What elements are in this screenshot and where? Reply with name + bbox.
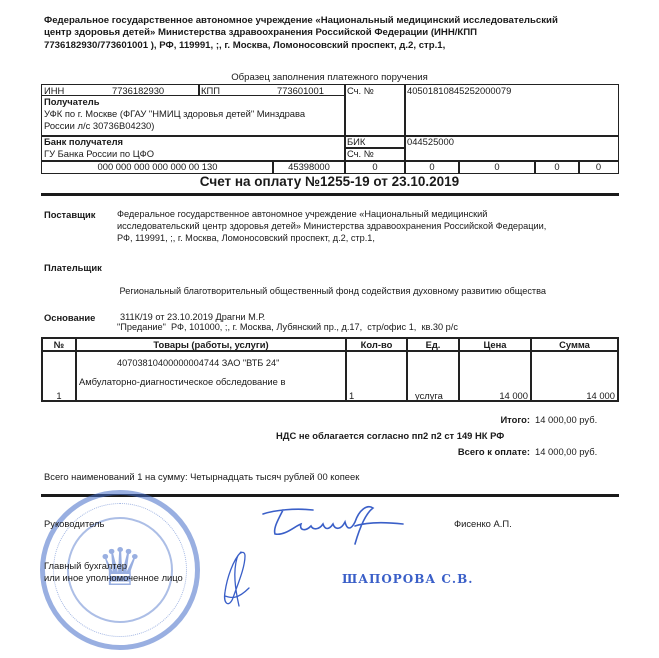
supplier-line-1: Федеральное государственное автономное у… bbox=[117, 208, 546, 220]
grand-total-label: Всего к оплате: bbox=[250, 446, 530, 457]
account-value-cell: 40501810845252000079 bbox=[404, 84, 619, 137]
row-description: Амбулаторно-диагностическое обследование… bbox=[75, 350, 347, 402]
kbk-cell: 000 000 000 000 000 00 130 bbox=[41, 160, 274, 174]
code-cell-3: 0 bbox=[458, 160, 536, 174]
recipient-line-1: УФК по г. Москве (ФГАУ "НМИЦ здоровья де… bbox=[44, 108, 343, 120]
payment-sample-title: Образец заполнения платежного поручения bbox=[0, 72, 659, 83]
supplier-line-3: РФ, 119991, ;, г. Москва, Ломоносовский … bbox=[117, 232, 546, 244]
accountant-name-stamp: ШАПОРОВА С.В. bbox=[342, 572, 473, 586]
bik-value-cell: 044525000 bbox=[404, 135, 619, 162]
row-price: 14 000 bbox=[458, 350, 532, 402]
supplier-header: Федеральное государственное автономное у… bbox=[44, 15, 624, 52]
accountant-label-line-1: Главный бухгалтер bbox=[44, 560, 183, 572]
row-unit: услуга bbox=[406, 350, 460, 402]
director-signature-icon bbox=[255, 500, 415, 550]
code-cell-2: 0 bbox=[404, 160, 460, 174]
payer-line-1: Региональный благотворительный обществен… bbox=[117, 285, 546, 297]
title-divider bbox=[41, 193, 619, 196]
recipient-line-2: России л/с 30736В04230) bbox=[44, 120, 343, 132]
total-value: 14 000,00 руб. bbox=[535, 414, 597, 425]
row-sum: 14 000 bbox=[530, 350, 619, 402]
code-cell-5: 0 bbox=[578, 160, 619, 174]
grand-total-value: 14 000,00 руб. bbox=[535, 446, 597, 457]
basis-value: 311К/19 от 23.10.2019 Драгни М.Р. bbox=[120, 311, 265, 323]
amount-in-words: Всего наименований 1 на сумму: Четырнадц… bbox=[44, 471, 359, 482]
row-qty: 1 bbox=[345, 350, 408, 402]
header-line-2: центр здоровья детей» Министерства здрав… bbox=[44, 27, 624, 39]
accountant-signature-icon bbox=[215, 548, 255, 614]
supplier-details: Федеральное государственное автономное у… bbox=[117, 208, 546, 244]
desc-line-1: Амбулаторно-диагностическое обследование… bbox=[79, 376, 343, 388]
supplier-line-2: исследовательский центр здоровья детей» … bbox=[117, 220, 546, 232]
bank-value: ГУ Банка России по ЦФО bbox=[44, 148, 343, 160]
total-label: Итого: bbox=[250, 414, 530, 425]
recipient-cell: Получатель УФК по г. Москве (ФГАУ "НМИЦ … bbox=[41, 95, 346, 137]
oktmo-cell: 45398000 bbox=[272, 160, 346, 174]
bik-label: БИК bbox=[347, 136, 365, 147]
invoice-title: Счет на оплату №1255-19 от 23.10.2019 bbox=[0, 174, 659, 189]
vat-note: НДС не облагается согласно пп2 п2 ст 149… bbox=[276, 430, 504, 441]
header-line-3: 7736182930/773601001 ), РФ, 119991, ;, г… bbox=[44, 40, 624, 52]
director-label: Руководитель bbox=[44, 518, 104, 529]
director-name: Фисенко А.П. bbox=[454, 518, 512, 529]
account-label-cell: Сч. № bbox=[344, 84, 406, 137]
basis-label: Основание bbox=[44, 312, 95, 323]
bik-value: 044525000 bbox=[407, 136, 454, 147]
corr-account-label: Сч. № bbox=[347, 148, 374, 159]
account-value: 40501810845252000079 bbox=[407, 85, 511, 96]
bank-cell: Банк получателя ГУ Банка России по ЦФО bbox=[41, 135, 346, 162]
header-line-1: Федеральное государственное автономное у… bbox=[44, 15, 624, 27]
bank-label: Банк получателя bbox=[44, 136, 343, 148]
supplier-label: Поставщик bbox=[44, 209, 96, 220]
recipient-label: Получатель bbox=[44, 96, 343, 108]
row-num: 1 bbox=[41, 350, 77, 402]
accountant-label: Главный бухгалтер или иное уполномоченно… bbox=[44, 560, 183, 584]
code-cell-1: 0 bbox=[344, 160, 406, 174]
accountant-label-line-2: или иное уполномоченное лицо bbox=[44, 572, 183, 584]
account-label: Сч. № bbox=[347, 85, 374, 96]
payer-label: Плательщик bbox=[44, 262, 102, 273]
code-cell-4: 0 bbox=[534, 160, 580, 174]
